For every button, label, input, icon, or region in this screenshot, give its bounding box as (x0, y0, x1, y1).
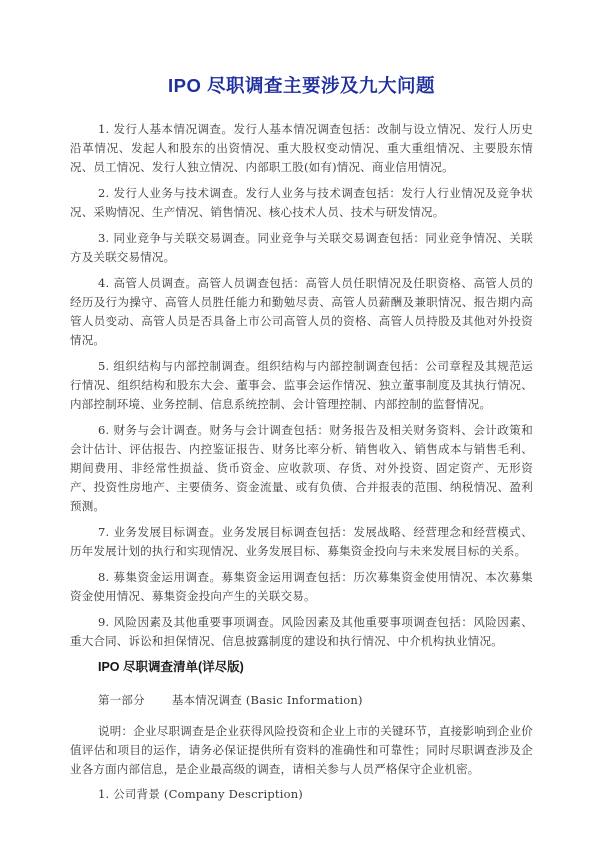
document-page: IPO 尽职调查主要涉及九大问题 1. 发行人基本情况调查。发行人基本情况调查包… (0, 0, 595, 841)
paragraph-business-tech: 2. 发行人业务与技术调查。发行人业务与技术调查包括：发行人行业情况及竞争状况、… (70, 184, 533, 222)
note-paragraph: 说明：企业尽职调查是企业获得风险投资和企业上市的关键环节，直接影响到企业价值评估… (70, 722, 533, 779)
paragraph-org-internal-control: 5. 组织结构与内部控制调查。组织结构与内部控制调查包括：公司章程及其规范运行情… (70, 357, 533, 414)
checklist-item-company-background: 1. 公司背景 (Company Description) (70, 785, 533, 804)
section-part-line: 第一部分基本情况调查 (Basic Information) (70, 691, 533, 710)
paragraph-risk-factors: 9. 风险因素及其他重要事项调查。风险因素及其他重要事项调查包括：风险因素、重大… (70, 613, 533, 651)
part-title: 基本情况调查 (Basic Information) (172, 693, 363, 707)
part-label: 第一部分 (98, 693, 145, 707)
paragraph-finance-accounting: 6. 财务与会计调查。财务与会计调查包括：财务报告及相关财务资料、会计政策和会计… (70, 421, 533, 516)
document-title: IPO 尽职调查主要涉及九大问题 (70, 74, 533, 98)
paragraph-fundraising-use: 8. 募集资金运用调查。募集资金运用调查包括：历次募集资金使用情况、本次募集资金… (70, 568, 533, 606)
checklist-heading: IPO 尽职调查清单(详尽版) (70, 658, 533, 677)
paragraph-competition-related-transactions: 3. 同业竞争与关联交易调查。同业竞争与关联交易调查包括：同业竞争情况、关联方及… (70, 229, 533, 267)
paragraph-issuer-basic: 1. 发行人基本情况调查。发行人基本情况调查包括：改制与设立情况、发行人历史沿革… (70, 120, 533, 177)
paragraph-business-goals: 7. 业务发展目标调查。业务发展目标调查包括：发展战略、经营理念和经营模式、历年… (70, 523, 533, 561)
paragraph-executives: 4. 高管人员调查。高管人员调查包括：高管人员任职情况及任职资格、高管人员的经历… (70, 274, 533, 350)
